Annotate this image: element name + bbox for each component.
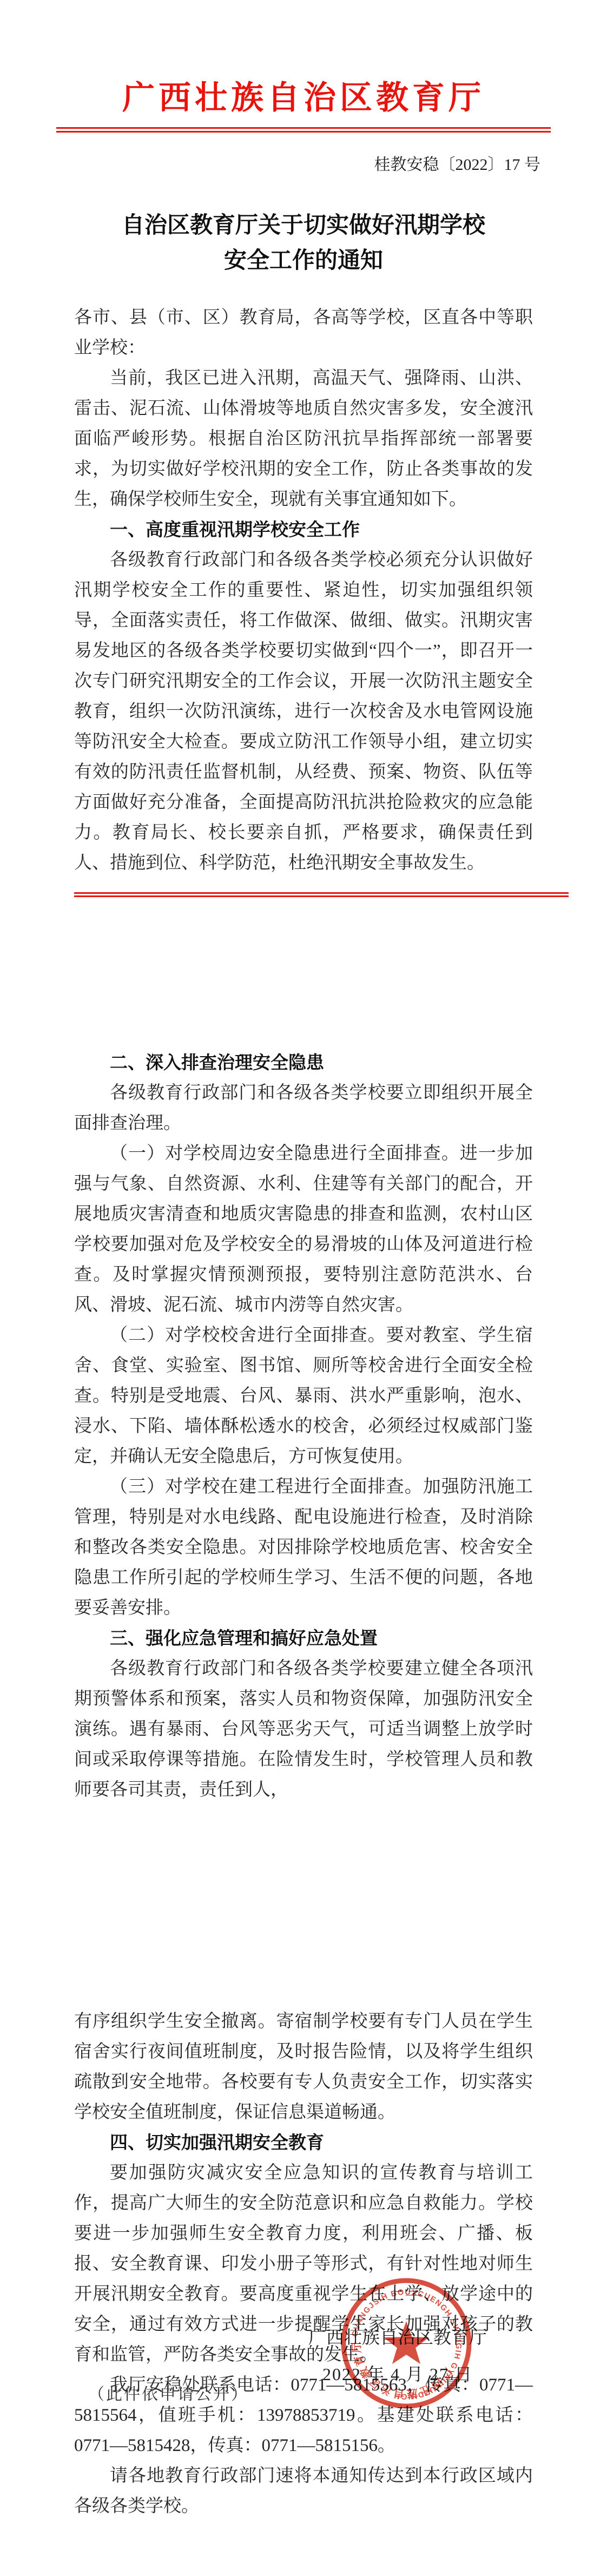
notice-body: 各市、县（市、区）教育局，各高等学校，区直各中等职业学校： 当前，我区已进入汛期… xyxy=(74,302,533,2521)
paragraph: 请各地教育行政部门速将本通知传达到本行政区域内各级各类学校。 xyxy=(74,2461,533,2521)
paragraph: （二）对学校校舍进行全面排查。要对教室、学生宿舍、食堂、实验室、图书馆、厕所等校… xyxy=(74,1320,533,1472)
paragraph: （三）对学校在建工程进行全面排查。加强防汛施工管理，特别是对水电线路、配电设施进… xyxy=(74,1472,533,1623)
paragraph-continuation: 有序组织学生安全撤离。寄宿制学校要有专门人员在学生宿舍实行夜间值班制度，及时报告… xyxy=(74,2006,533,2127)
star-icon xyxy=(384,2321,429,2364)
official-seal: GVANGJSIH BOUXCUENGH SWCIGIH GYAUYUZDING… xyxy=(339,2276,474,2411)
paragraph: （一）对学校周边安全隐患进行全面排查。进一步加强与气象、自然资源、水利、住建等有… xyxy=(74,1138,533,1320)
notice-title-line2: 安全工作的通知 xyxy=(0,243,607,279)
paragraph: 当前，我区已进入汛期，高温天气、强降雨、山洪、雷击、泥石流、山体滑坡等地质自然灾… xyxy=(74,363,533,515)
page-break-gap xyxy=(74,897,533,1047)
notice-title-line1: 自治区教育厅关于切实做好汛期学校 xyxy=(0,208,607,243)
disclosure-note: （此件依申请公开） xyxy=(88,2381,249,2404)
issuing-agency-header: 广西壮族自治区教育厅 xyxy=(0,0,607,115)
section-heading-2: 二、深入排查治理安全隐患 xyxy=(74,1047,533,1078)
official-notice-document: 广西壮族自治区教育厅 桂教安稳〔2022〕17 号 自治区教育厅关于切实做好汛期… xyxy=(0,0,607,2576)
section-heading-4: 四、切实加强汛期安全教育 xyxy=(74,2127,533,2158)
document-number: 桂教安稳〔2022〕17 号 xyxy=(0,151,607,175)
header-red-rule xyxy=(56,127,551,133)
page-break-spacer xyxy=(74,878,533,892)
paragraph: 各级教育行政部门和各级各类学校必须充分认识做好汛期学校安全工作的重要性、紧迫性，… xyxy=(74,545,533,878)
section-heading-3: 三、强化应急管理和搞好应急处置 xyxy=(74,1623,533,1653)
notice-title: 自治区教育厅关于切实做好汛期学校 安全工作的通知 xyxy=(0,208,607,279)
page-break-gap xyxy=(74,1805,533,2006)
paragraph: 各级教育行政部门和各级各类学校要建立健全各项汛期预警体系和预案，落实人员和物资保… xyxy=(74,1653,533,1805)
page-break-red-rule xyxy=(74,892,569,897)
salutation-line: 各市、县（市、区）教育局，各高等学校，区直各中等职业学校： xyxy=(74,302,533,363)
paragraph: 各级教育行政部门和各级各类学校要立即组织开展全面排查治理。 xyxy=(74,1078,533,1138)
section-heading-1: 一、高度重视汛期学校安全工作 xyxy=(74,515,533,545)
